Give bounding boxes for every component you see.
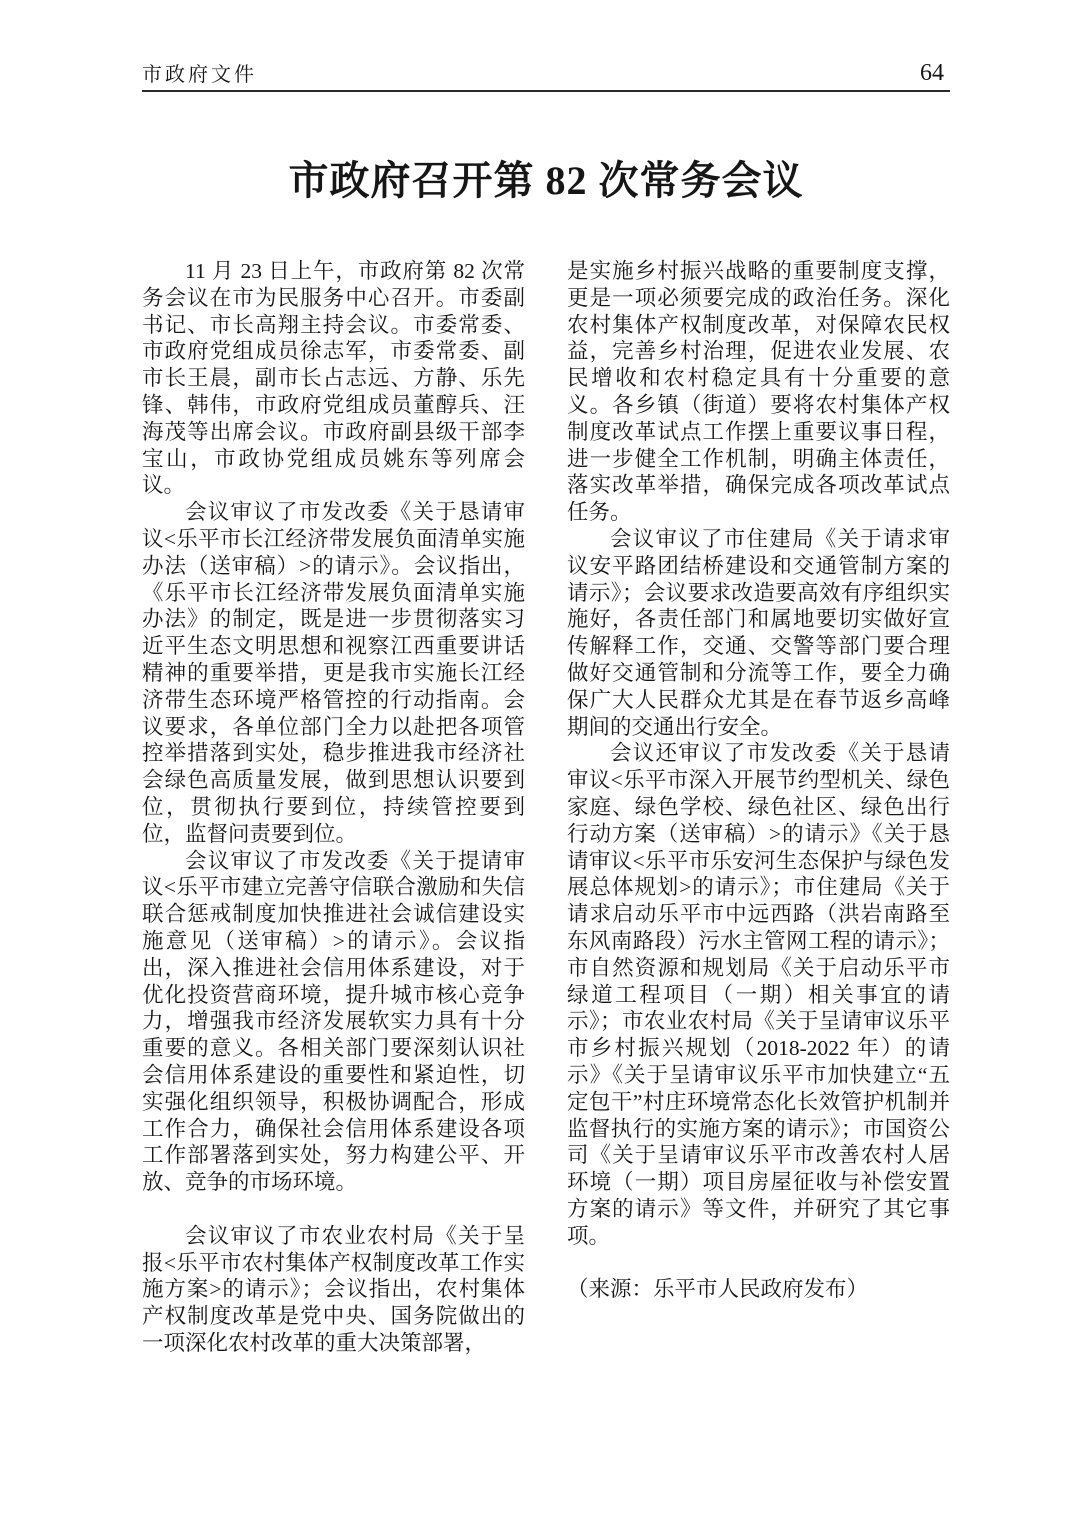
paragraph-attendees: 11 月 23 日上午，市政府第 82 次常务会议在市为民服务中心召开。市委副书… xyxy=(142,258,525,499)
left-column: 11 月 23 日上午，市政府第 82 次常务会议在市为民服务中心召开。市委副书… xyxy=(142,258,525,1357)
paragraph-rural-property-reform-continued: 是实施乡村振兴战略的重要制度支撑，更是一项必须要完成的政治任务。深化农村集体产权… xyxy=(567,258,950,526)
source-line: （来源：乐平市人民政府发布） xyxy=(567,1276,950,1303)
paragraph-other-documents: 会议还审议了市发改委《关于恳请审议<乐平市深入开展节约型机关、绿色家庭、绿色学校… xyxy=(567,740,950,1249)
page-number: 64 xyxy=(920,60,950,87)
doc-type-label: 市政府文件 xyxy=(142,58,257,87)
page-header: 市政府文件 64 xyxy=(142,58,950,92)
article-body: 11 月 23 日上午，市政府第 82 次常务会议在市为民服务中心召开。市委副书… xyxy=(142,258,950,1357)
document-page: 市政府文件 64 市政府召开第 82 次常务会议 11 月 23 日上午，市政府… xyxy=(142,58,950,1357)
paragraph-yangtze-negative-list: 会议审议了市发改委《关于恳请审议<乐平市长江经济带发展负面清单实施办法（送审稿）… xyxy=(142,499,525,847)
paragraph-social-credit: 会议审议了市发改委《关于提请审议<乐平市建立完善守信联合激励和失信联合惩戒制度加… xyxy=(142,848,525,1196)
document-title: 市政府召开第 82 次常务会议 xyxy=(142,158,950,204)
paragraph-anping-road-bridge: 会议审议了市住建局《关于请求审议安平路团结桥建设和交通管制方案的请示》；会议要求… xyxy=(567,526,950,740)
paragraph-rural-property-reform-start: 会议审议了市农业农村局《关于呈报<乐平市农村集体产权制度改革工作实施方案>的请示… xyxy=(142,1223,525,1357)
right-column: 是实施乡村振兴战略的重要制度支撑，更是一项必须要完成的政治任务。深化农村集体产权… xyxy=(567,258,950,1357)
